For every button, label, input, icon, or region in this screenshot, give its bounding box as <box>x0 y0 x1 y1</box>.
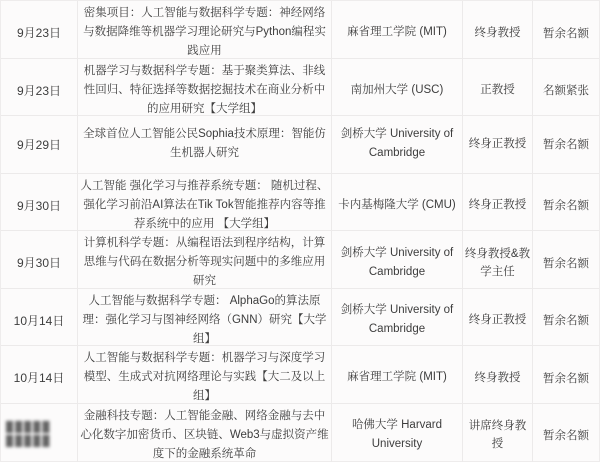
professor-title-cell: 终身教授&教学主任 <box>463 231 533 294</box>
blurred-watermark-stamp: █████ █████ <box>6 421 51 449</box>
availability-cell: 暂余名额 <box>533 231 599 294</box>
course-schedule-table: 9月23日 密集项目：人工智能与数据科学专题：神经网络与数据降维等机器学习理论研… <box>0 0 600 462</box>
university-cell: 剑桥大学 University of Cambridge <box>332 231 463 294</box>
date-cell: 9月30日 <box>1 174 78 237</box>
date-cell: 9月23日 <box>1 1 78 64</box>
availability-cell: 暂余名额 <box>533 404 599 462</box>
course-cell: 人工智能 强化学习与推荐系统专题： 随机过程、强化学习前沿AI算法在Tik To… <box>78 174 332 237</box>
table-row: 10月14日 人工智能与数据科学专题：机器学习与深度学习模型、生成式对抗网络理论… <box>1 346 599 404</box>
professor-title-cell: 正教授 <box>463 59 533 122</box>
date-cell: 10月14日 <box>1 289 78 352</box>
university-cell: 剑桥大学 University of Cambridge <box>332 289 463 352</box>
availability-cell: 暂余名额 <box>533 174 599 237</box>
professor-title-cell: 终身正教授 <box>463 289 533 352</box>
course-cell: 全球首位人工智能公民Sophia技术原理：智能仿生机器人研究 <box>78 116 332 173</box>
table-row: 9月23日 密集项目：人工智能与数据科学专题：神经网络与数据降维等机器学习理论研… <box>1 1 599 59</box>
watermark-line: █████ <box>6 421 51 435</box>
availability-cell: 暂余名额 <box>533 116 599 173</box>
date-cell: █████ █████ <box>1 404 78 462</box>
course-cell: 人工智能与数据科学专题： AlphaGo的算法原理：强化学习与图神经网络（GNN… <box>78 289 332 352</box>
table-row: 9月30日 人工智能 强化学习与推荐系统专题： 随机过程、强化学习前沿AI算法在… <box>1 174 599 232</box>
university-cell: 麻省理工学院 (MIT) <box>332 346 463 409</box>
course-cell: 密集项目：人工智能与数据科学专题：神经网络与数据降维等机器学习理论研究与Pyth… <box>78 1 332 64</box>
professor-title-cell: 终身正教授 <box>463 174 533 237</box>
professor-title-cell: 终身教授 <box>463 346 533 409</box>
course-cell: 机器学习与数据科学专题：基于聚类算法、非线性回归、特征选择等数据挖掘技术在商业分… <box>78 59 332 122</box>
screenshot-page: 9月23日 密集项目：人工智能与数据科学专题：神经网络与数据降维等机器学习理论研… <box>0 0 600 462</box>
professor-title-cell: 终身教授 <box>463 1 533 64</box>
table-row: 9月30日 计算机科学专题：从编程语法到程序结构，计算思维与代码在数据分析等现实… <box>1 231 599 289</box>
date-cell: 9月30日 <box>1 231 78 294</box>
availability-cell: 暂余名额 <box>533 1 599 64</box>
date-cell: 9月23日 <box>1 59 78 122</box>
availability-cell: 名额紧张 <box>533 59 599 122</box>
table-row: 10月14日 人工智能与数据科学专题： AlphaGo的算法原理：强化学习与图神… <box>1 289 599 347</box>
date-cell: 9月29日 <box>1 116 78 173</box>
professor-title-cell: 终身正教授 <box>463 116 533 173</box>
university-cell: 哈佛大学 Harvard University <box>332 404 463 462</box>
course-cell: 金融科技专题：人工智能金融、网络金融与去中心化数字加密货币、区块链、Web3与虚… <box>78 404 332 462</box>
university-cell: 剑桥大学 University of Cambridge <box>332 116 463 173</box>
availability-cell: 暂余名额 <box>533 289 599 352</box>
professor-title-cell: 讲席终身教授 <box>463 404 533 462</box>
university-cell: 南加州大学 (USC) <box>332 59 463 122</box>
table-row: 9月29日 全球首位人工智能公民Sophia技术原理：智能仿生机器人研究 剑桥大… <box>1 116 599 174</box>
date-cell: 10月14日 <box>1 346 78 409</box>
watermark-line: █████ <box>6 435 51 449</box>
university-cell: 麻省理工学院 (MIT) <box>332 1 463 64</box>
course-cell: 人工智能与数据科学专题：机器学习与深度学习模型、生成式对抗网络理论与实践【大二及… <box>78 346 332 409</box>
course-cell: 计算机科学专题：从编程语法到程序结构，计算思维与代码在数据分析等现实问题中的多维… <box>78 231 332 294</box>
availability-cell: 暂余名额 <box>533 346 599 409</box>
table-row: 9月23日 机器学习与数据科学专题：基于聚类算法、非线性回归、特征选择等数据挖掘… <box>1 59 599 117</box>
university-cell: 卡内基梅隆大学 (CMU) <box>332 174 463 237</box>
table-row: █████ █████ 金融科技专题：人工智能金融、网络金融与去中心化数字加密货… <box>1 404 599 462</box>
